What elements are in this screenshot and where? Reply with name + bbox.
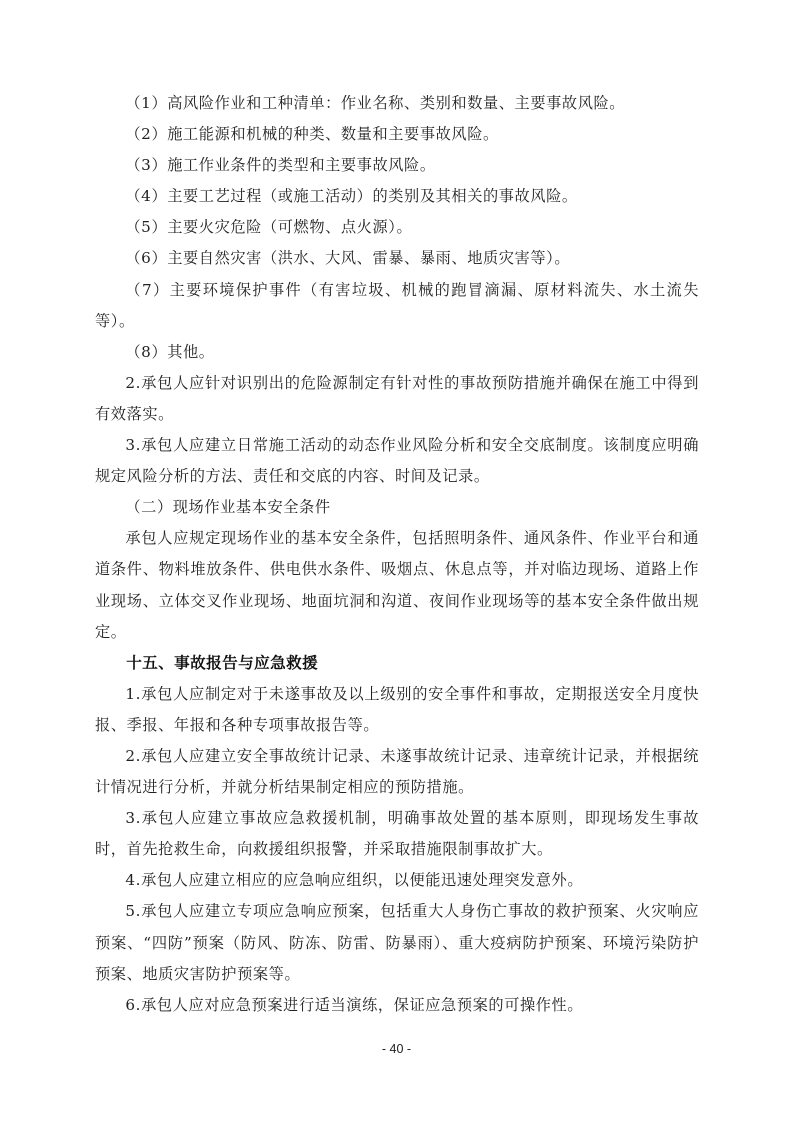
list-item-natural-disasters: （6）主要自然灾害（洪水、大风、雷暴、暴雨、地质灾害等）。	[95, 243, 699, 274]
paragraph-response-organization: 4.承包人应建立相应的应急响应组织，以便能迅速处理突发意外。	[95, 865, 699, 896]
section-heading: 十五、事故报告与应急救援	[95, 648, 699, 679]
paragraph-accident-statistics: 2.承包人应建立安全事故统计记录、未遂事故统计记录、违章统计记录，并根据统计情况…	[95, 741, 699, 803]
subheading-site-safety-conditions: （二）现场作业基本安全条件	[95, 492, 699, 523]
paragraph-site-safety-conditions: 承包人应规定现场作业的基本安全条件，包括照明条件、通风条件、作业平台和通道条件、…	[95, 523, 699, 647]
paragraph-risk-analysis: 3.承包人应建立日常施工活动的动态作业风险分析和安全交底制度。该制度应明确规定风…	[95, 430, 699, 492]
list-item-high-risk-operations: （1）高风险作业和工种清单：作业名称、类别和数量、主要事故风险。	[95, 88, 699, 119]
paragraph-emergency-plans: 5.承包人应建立专项应急响应预案，包括重大人身伤亡事故的救护预案、火灾响应预案、…	[95, 896, 699, 989]
paragraph-emergency-drills: 6.承包人应对应急预案进行适当演练，保证应急预案的可操作性。	[95, 990, 699, 1021]
list-item-process-risks: （4）主要工艺过程（或施工活动）的类别及其相关的事故风险。	[95, 181, 699, 212]
list-item-fire-hazards: （5）主要火灾危险（可燃物、点火源）。	[95, 212, 699, 243]
page-number: - 40 -	[0, 1042, 793, 1056]
document-page: （1）高风险作业和工种清单：作业名称、类别和数量、主要事故风险。 （2）施工能源…	[95, 88, 699, 1021]
paragraph-rescue-mechanism: 3.承包人应建立事故应急救援机制，明确事故处置的基本原则，即现场发生事故时，首先…	[95, 803, 699, 865]
list-item-environmental-events: （7）主要环境保护事件（有害垃圾、机械的跑冒滴漏、原材料流失、水土流失等）。	[95, 275, 699, 337]
list-item-other: （8）其他。	[95, 337, 699, 368]
paragraph-accident-reporting: 1.承包人应制定对于未遂事故及以上级别的安全事件和事故，定期报送安全月度快报、季…	[95, 679, 699, 741]
list-item-energy-machinery: （2）施工能源和机械的种类、数量和主要事故风险。	[95, 119, 699, 150]
paragraph-prevention-measures: 2.承包人应针对识别出的危险源制定有针对性的事故预防措施并确保在施工中得到有效落…	[95, 368, 699, 430]
list-item-work-conditions: （3）施工作业条件的类型和主要事故风险。	[95, 150, 699, 181]
